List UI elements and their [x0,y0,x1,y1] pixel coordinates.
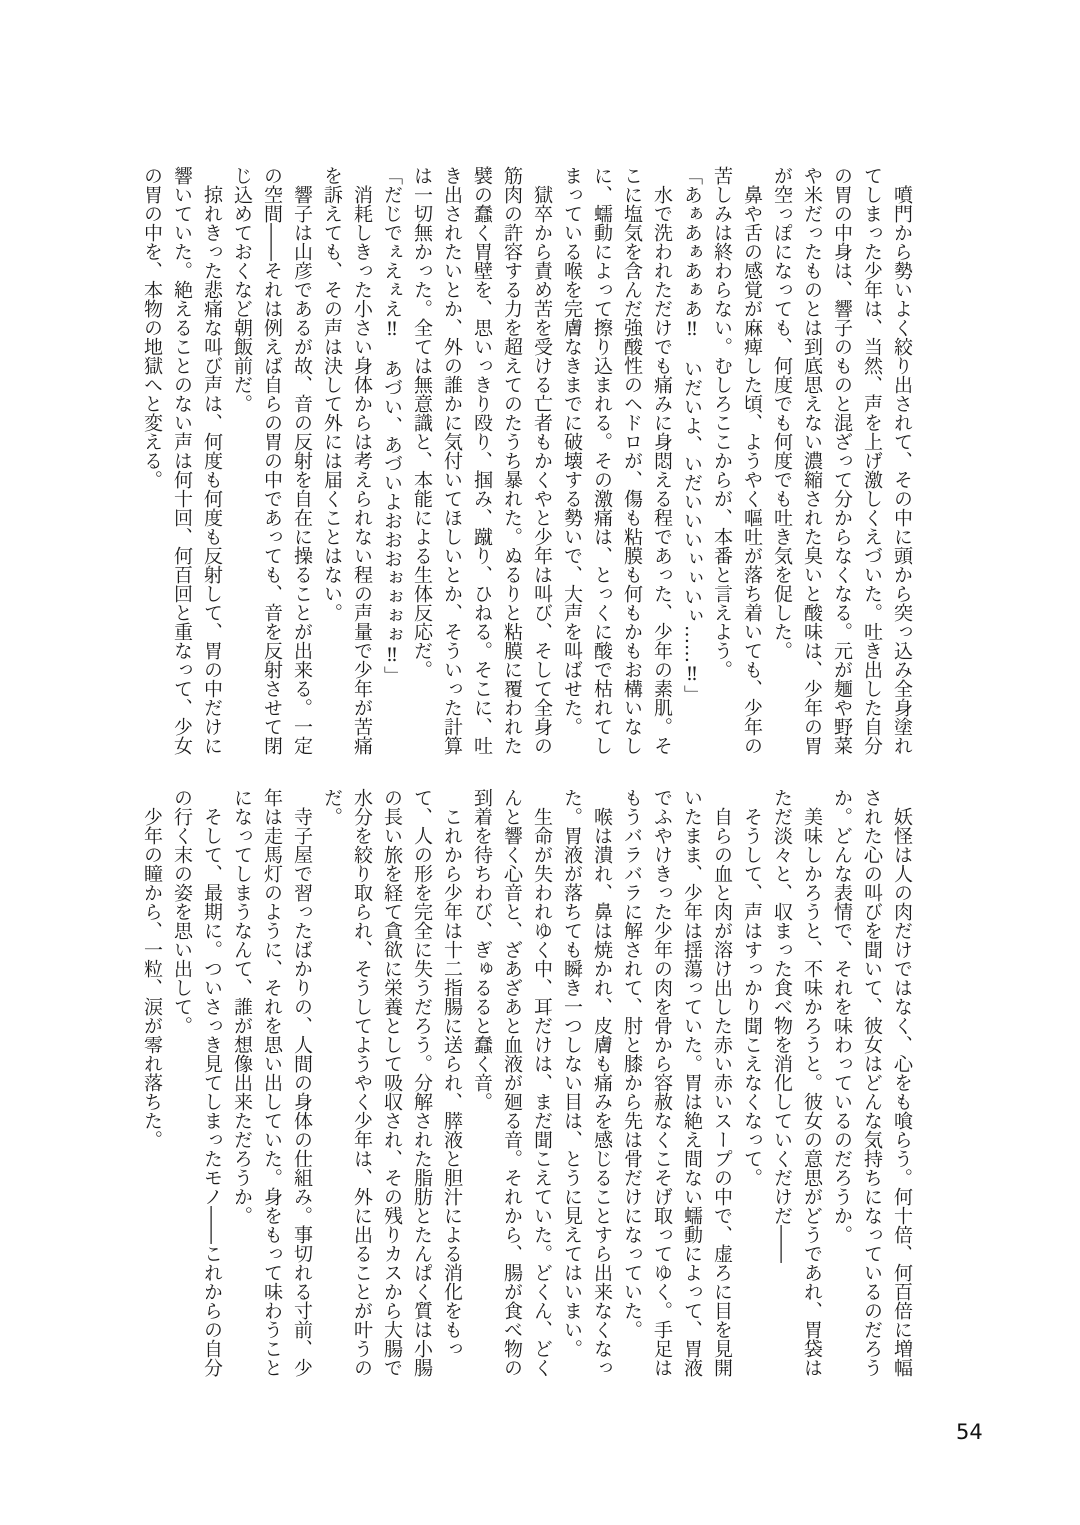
paragraph: これから少年は十二指腸に送られ、膵液と胆汁による消化をもって、人の形を完全に失う… [317,788,467,1380]
document-page: 噴門から勢いよく絞り出されて、その中に頭から突っ込み全身塗れてしまった少年は、当… [0,0,1080,1525]
paragraph: 掠れきった悲痛な叫び声は、何度も何度も反射して、胃の中だけに響いていた。絶えるこ… [137,166,227,758]
paragraph: 消耗しきった小さい身体からは考えられない程の声量で少年が苦痛を訴えても、その声は… [317,166,377,758]
paragraph: 喉は潰れ、鼻は焼かれ、皮膚も痛みを感じることすら出来なくなった。胃液が落ちても瞬… [557,788,617,1380]
paragraph: 水で洗われただけでも痛みに身悶える程であった、少年の素肌。そこに塩気を含んだ強酸… [557,166,677,758]
paragraph: 響子は山彦であるが故、音の反射を自在に操ることが出来る。一定の空間――それは例え… [227,166,317,758]
paragraph: 妖怪は人の肉だけではなく、心をも喰らう。何十倍、何百倍に増幅された心の叫びを聞い… [827,788,917,1380]
paragraph: 少年の瞳から、一粒、涙が零れ落ちた。 [137,788,167,1380]
paragraph: 「だじでぇえぇえ‼ あづい、あづいよおおおぉぉぉぉ‼」 [377,166,407,758]
paragraph: 美味しかろうと、不味かろうと。彼女の意思がどうであれ、胃袋はただ淡々と、収まった… [767,788,827,1380]
paragraph: 寺子屋で習ったばかりの、人間の身体の仕組み。事切れる寸前、少年は走馬灯のように、… [227,788,317,1380]
page-number: 54 [956,1420,983,1444]
paragraph: 生命が失われゆく中、耳だけは、まだ聞こえていた。どくん、どくんと響く心音と、ざあ… [467,788,557,1380]
text-block-bottom: 妖怪は人の肉だけではなく、心をも喰らう。何十倍、何百倍に増幅された心の叫びを聞い… [127,788,917,1380]
text-block-top: 噴門から勢いよく絞り出されて、その中に頭から突っ込み全身塗れてしまった少年は、当… [127,166,917,758]
paragraph: 獄卒から責め苦を受ける亡者もかくやと少年は叫び、そして全身の筋肉の許容する力を超… [407,166,557,758]
paragraph: 「あぁあぁあぁあ‼ いだいよ、いだいいいぃぃいぃ……‼」 [677,166,707,758]
paragraph: 噴門から勢いよく絞り出されて、その中に頭から突っ込み全身塗れてしまった少年は、当… [767,166,917,758]
paragraph: そして、最期に。ついさっき見てしまったモノ――これからの自分の行く末の姿を思い出… [167,788,227,1380]
paragraph: 鼻や舌の感覚が麻痺した頃、ようやく嘔吐が落ち着いても、少年の苦しみは終わらない。… [707,166,767,758]
paragraph: そうして、声はすっかり聞こえなくなって。 [737,788,767,1380]
paragraph: 自らの血と肉が溶け出した赤い赤いスープの中で、虚ろに目を見開いたまま、少年は揺蕩… [617,788,737,1380]
